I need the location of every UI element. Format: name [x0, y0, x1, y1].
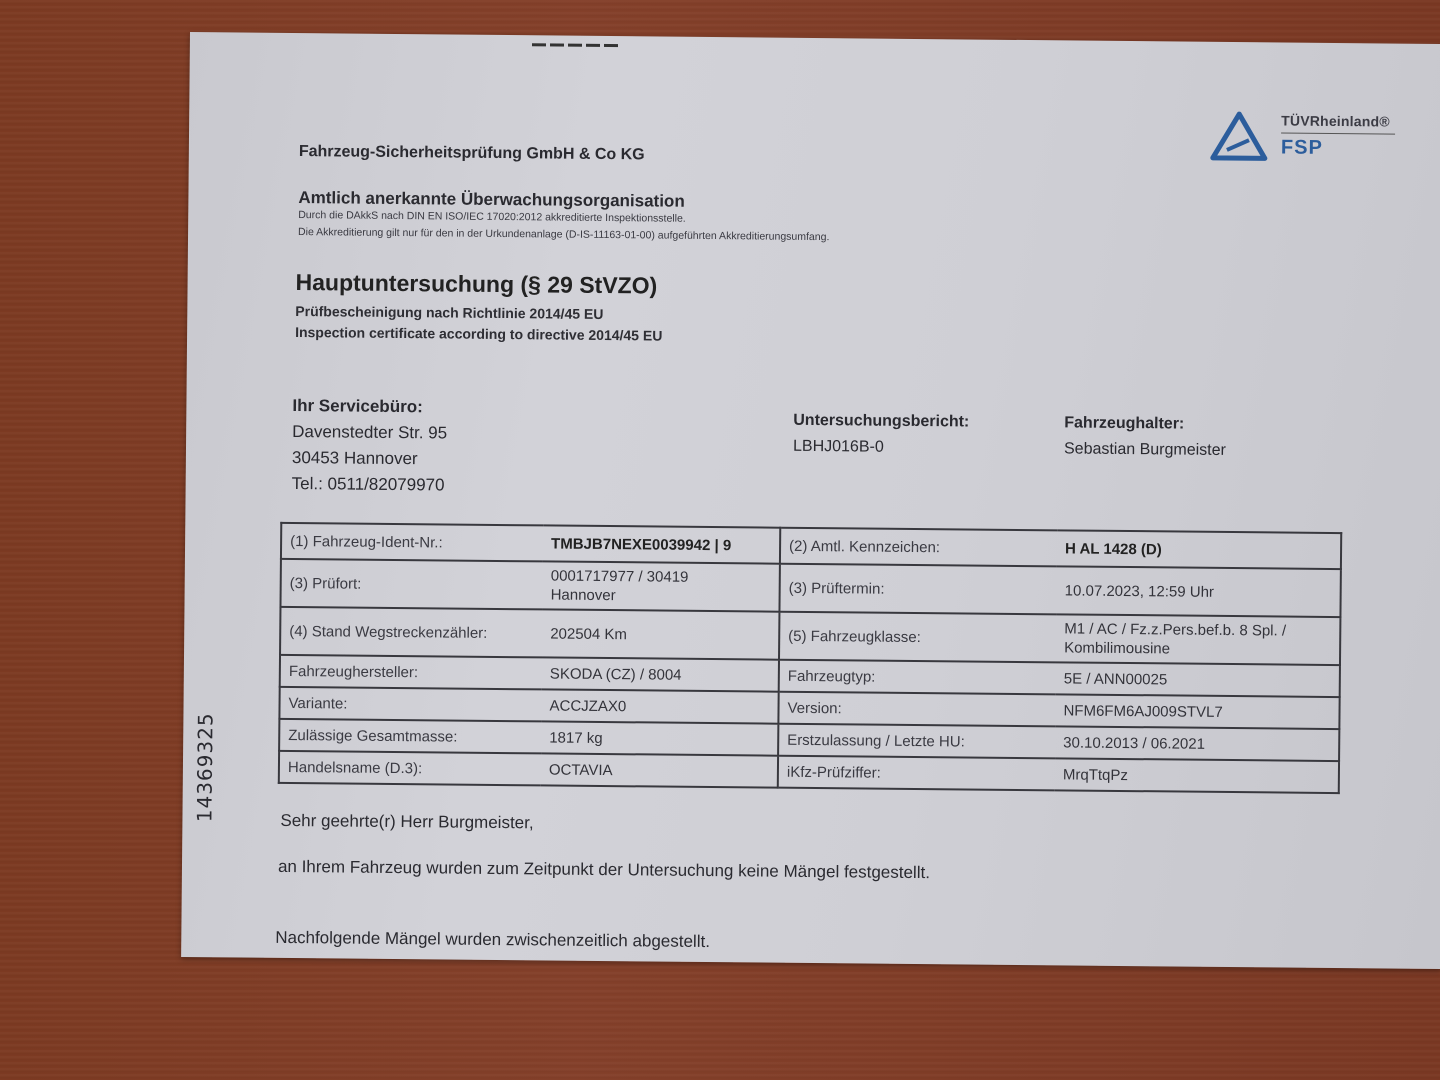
report-number: LBHJ016B-0	[793, 434, 969, 462]
gross-weight-label: Zulässige Gesamtmasse:	[279, 719, 541, 754]
version-value: NFM6FM6AJ009STVL7	[1055, 694, 1339, 729]
test-location-city: Hannover	[551, 585, 771, 606]
service-office-street: Davenstedter Str. 95	[292, 419, 447, 446]
test-location-code: 0001717977 / 30419	[551, 566, 771, 587]
report-block: Untersuchungsbericht: LBHJ016B-0	[793, 408, 970, 462]
test-date-value: 10.07.2023, 12:59 Uhr	[1056, 566, 1340, 617]
company-name: Fahrzeug-Sicherheitsprüfung GmbH & Co KG	[299, 143, 645, 164]
service-office-phone: Tel.: 0511/82079970	[292, 471, 447, 498]
accreditation-line-1: Durch die DAkkS nach DIN EN ISO/IEC 1702…	[298, 209, 686, 225]
odometer-label: (4) Stand Wegstreckenzähler:	[280, 607, 542, 658]
side-reference-number: 14369325	[192, 712, 217, 822]
vehicle-class-line-2: Kombilimousine	[1064, 638, 1331, 660]
manufacturer-label: Fahrzeughersteller:	[280, 655, 542, 690]
greeting: Sehr geehrte(r) Herr Burgmeister,	[280, 811, 533, 833]
test-location-label: (3) Prüfort:	[280, 559, 542, 610]
logo-divider	[1281, 132, 1395, 134]
registration-label: Erstzulassung / Letzte HU:	[778, 724, 1055, 759]
registration-value: 30.10.2013 / 06.2021	[1055, 726, 1339, 761]
vehicle-data-table: (1) Fahrzeug-Ident-Nr.: TMBJB7NEXE003994…	[278, 522, 1342, 794]
odometer-value: 202504 Km	[542, 609, 779, 659]
report-heading: Untersuchungsbericht:	[793, 408, 969, 436]
defects-text: Nachfolgende Mängel wurden zwischenzeitl…	[275, 928, 710, 952]
trade-name-value: OCTAVIA	[541, 753, 778, 787]
version-label: Version:	[778, 692, 1055, 727]
service-office: Ihr Servicebüro: Davenstedter Str. 95 30…	[292, 393, 448, 498]
accreditation-line-2: Die Akkreditierung gilt nur für den in d…	[298, 226, 829, 243]
ikfz-label: iKfz-Prüfziffer:	[778, 756, 1055, 791]
plate-label: (2) Amtl. Kennzeichen:	[780, 528, 1057, 567]
tuv-logo: TÜVRheinland® FSP	[1209, 106, 1410, 168]
holder-name: Sebastian Burgmeister	[1064, 436, 1226, 464]
logo-brand: TÜVRheinland®	[1281, 112, 1390, 129]
print-dash-mark	[532, 43, 622, 47]
vehicle-class-value: M1 / AC / Fz.z.Pers.bef.b. 8 Spl. / Komb…	[1056, 614, 1340, 665]
trade-name-label: Handelsname (D.3):	[279, 751, 541, 786]
tuv-triangle-icon	[1209, 110, 1269, 163]
holder-block: Fahrzeughalter: Sebastian Burgmeister	[1064, 410, 1226, 464]
logo-sub: FSP	[1281, 136, 1323, 159]
vehicle-class-label: (5) Fahrzeugklasse:	[779, 612, 1056, 663]
page-title: Hauptuntersuchung (§ 29 StVZO)	[295, 269, 657, 299]
subtitle-en: Inspection certificate according to dire…	[295, 324, 662, 344]
result-text: an Ihrem Fahrzeug wurden zum Zeitpunkt d…	[278, 857, 930, 883]
plate-value: H AL 1428 (D)	[1057, 530, 1341, 569]
test-date-label: (3) Prüftermin:	[779, 564, 1056, 615]
vehicle-type-label: Fahrzeugtyp:	[779, 660, 1056, 695]
service-office-heading: Ihr Servicebüro:	[292, 393, 447, 420]
subtitle-de: Prüfbescheinigung nach Richtlinie 2014/4…	[295, 303, 603, 322]
gross-weight-value: 1817 kg	[541, 721, 778, 755]
ikfz-value: MrqTtqPz	[1055, 758, 1339, 793]
organisation-title: Amtlich anerkannte Überwachungsorganisat…	[298, 188, 685, 212]
vin-label: (1) Fahrzeug-Ident-Nr.:	[281, 523, 543, 562]
vehicle-class-line-1: M1 / AC / Fz.z.Pers.bef.b. 8 Spl. /	[1064, 619, 1331, 641]
service-office-city: 30453 Hannover	[292, 445, 447, 472]
variant-label: Variante:	[279, 687, 541, 722]
variant-value: ACCJZAX0	[541, 689, 778, 723]
test-location-value: 0001717977 / 30419 Hannover	[542, 561, 779, 611]
holder-heading: Fahrzeughalter:	[1064, 410, 1226, 438]
vin-value: TMBJB7NEXE0039942 | 9	[543, 525, 780, 563]
inspection-certificate: TÜVRheinland® FSP Fahrzeug-Sicherheitspr…	[181, 32, 1440, 969]
manufacturer-value: SKODA (CZ) / 8004	[542, 657, 779, 691]
vehicle-type-value: 5E / ANN00025	[1056, 662, 1340, 697]
